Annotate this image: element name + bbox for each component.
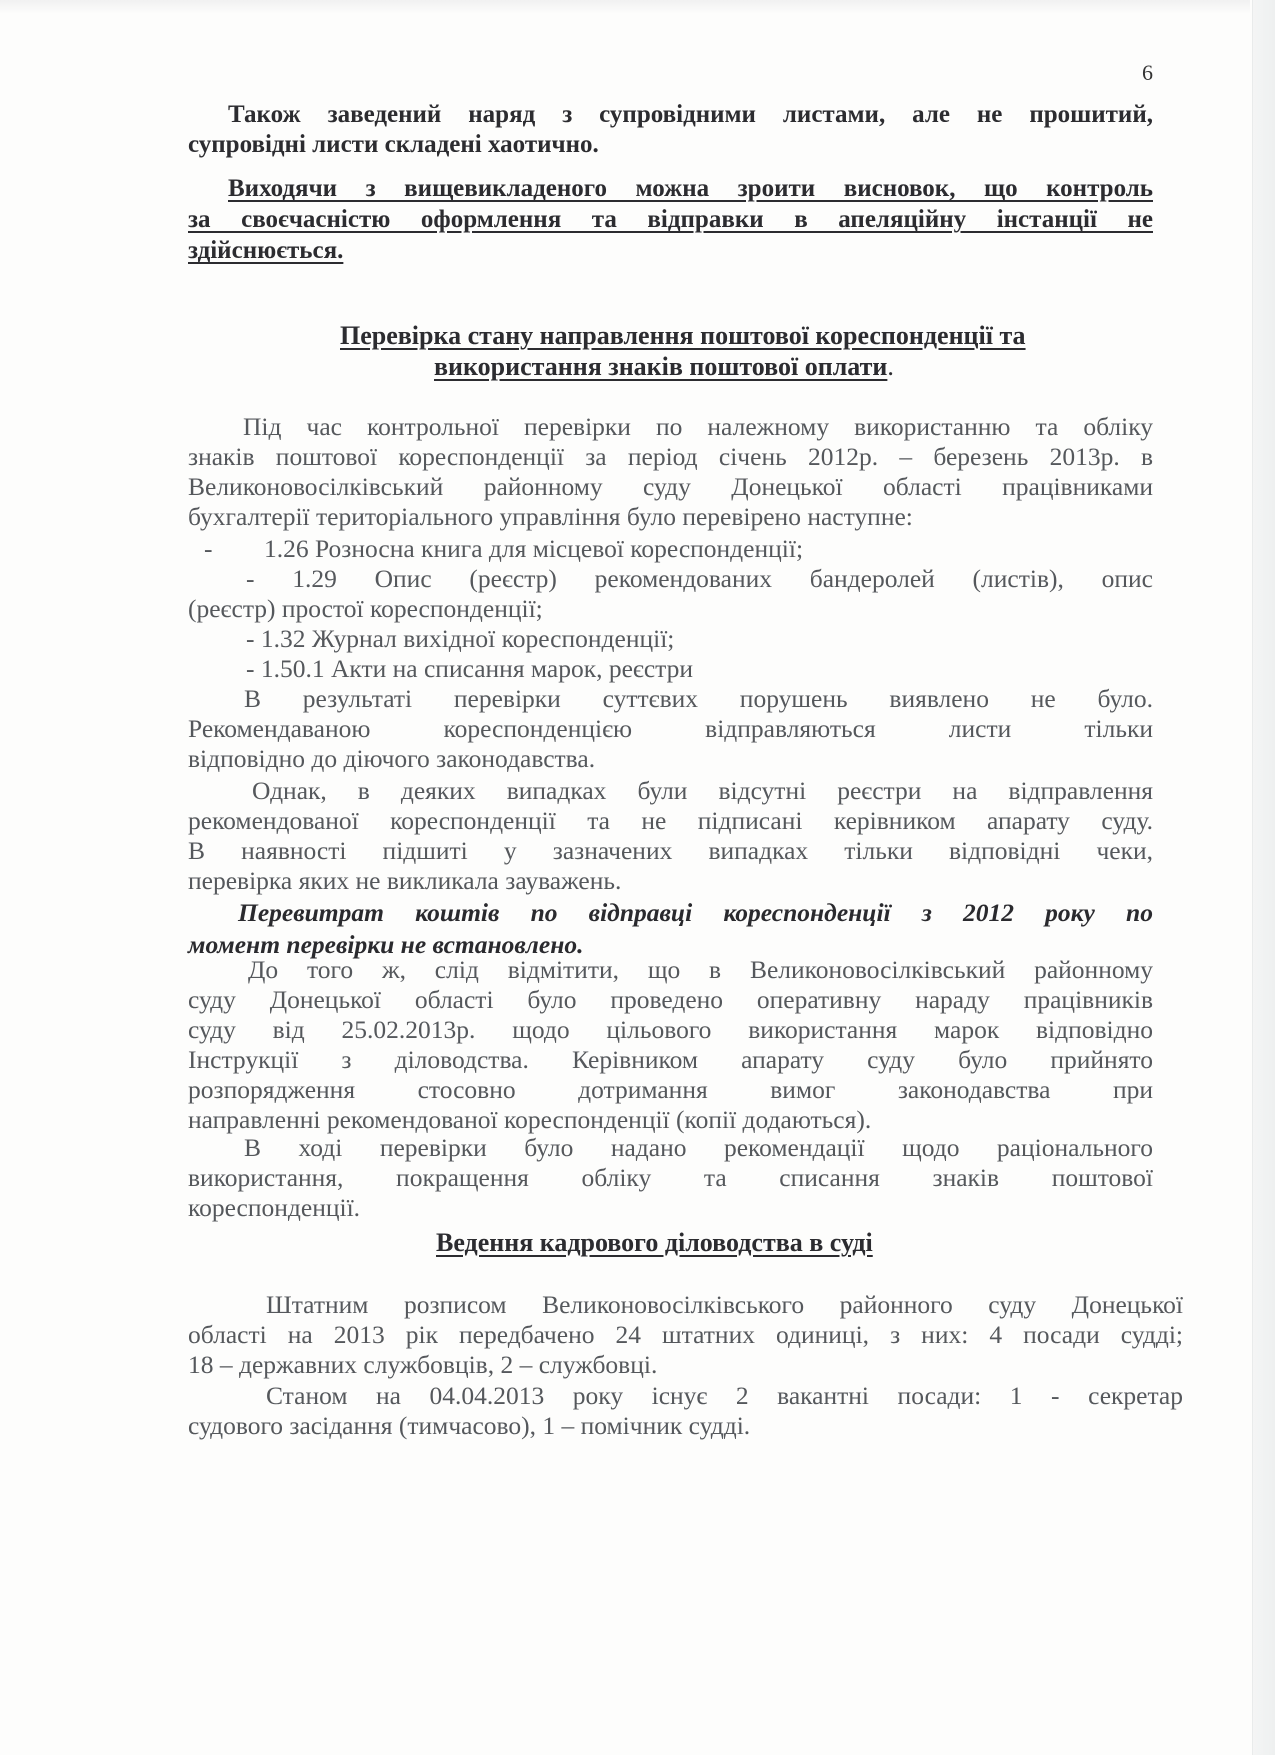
personnel-paragraph-1: Штатним розписом Великоновосілківського … — [188, 1290, 1183, 1380]
intro-p1-line1: Також заведений наряд з супровідними лис… — [188, 100, 1153, 130]
section-heading-postal-line2: використання знаків поштової оплати. — [434, 351, 894, 383]
list-item-text: 1.29 Опис (реєстр) рекомендованих бандер… — [292, 564, 1153, 593]
list-item: - 1.50.1 Акти на списання марок, реєстри — [188, 654, 1153, 684]
intro-p2-line1: Виходячи з вищевикладеного можна зроити … — [188, 173, 1153, 204]
list-item-marker: - — [246, 654, 255, 683]
intro-paragraph-1: Також заведений наряд з супровідними лис… — [188, 100, 1153, 160]
postal-p1-line3: Великоновосілківський районному суду Дон… — [188, 472, 1153, 502]
personnel-p1-line3: 18 – державних службовців, 2 – службовці… — [188, 1350, 1183, 1380]
list-item-marker: - — [188, 534, 264, 564]
postal-p6-line1: В ході перевірки було надано рекомендаці… — [188, 1133, 1153, 1163]
list-item-text: 1.50.1 Акти на списання марок, реєстри — [261, 654, 693, 683]
postal-p3-line3: В наявності підшиті у зазначених випадка… — [188, 836, 1153, 866]
list-item-text: 1.26 Розносна книга для місцевої кореспо… — [264, 534, 803, 563]
list-item-marker: - — [246, 624, 255, 653]
list-item-continuation: (реєстр) простої кореспонденції; — [188, 594, 1153, 624]
list-item-text: 1.32 Журнал вихідної кореспонденції; — [261, 624, 675, 653]
postal-paragraph-1: Під час контрольної перевірки по належно… — [188, 412, 1153, 532]
postal-overspend-conclusion: Перевитрат коштів по відправці кореспонд… — [188, 897, 1153, 961]
personnel-p2-line2: судового засідання (тимчасово), 1 – помі… — [188, 1411, 1183, 1441]
postal-p4-line1: Перевитрат коштів по відправці кореспонд… — [188, 897, 1153, 929]
postal-p5-line5: розпорядження стосовно дотримання вимог … — [188, 1075, 1153, 1105]
list-item: - 1.32 Журнал вихідної кореспонденції; — [188, 624, 1153, 654]
postal-p1-line4: бухгалтерії територіального управління б… — [188, 502, 1153, 532]
section-heading-postal-line2-text: використання знаків поштової оплати — [434, 352, 887, 381]
page-number: 6 — [1142, 60, 1153, 86]
intro-conclusion-paragraph: Виходячи з вищевикладеного можна зроити … — [188, 173, 1153, 266]
postal-p2-line1: В результаті перевірки суттєвих порушень… — [188, 684, 1153, 714]
postal-p6-line2: використання, покращення обліку та списа… — [188, 1163, 1153, 1193]
personnel-p1-line1: Штатним розписом Великоновосілківського … — [188, 1290, 1183, 1320]
postal-p5-line3: суду від 25.02.2013р. щодо цільового вик… — [188, 1015, 1153, 1045]
list-item-marker: - — [246, 564, 255, 593]
section-heading-personnel: Ведення кадрового діловодства в суді — [436, 1227, 873, 1259]
postal-documents-list: -1.26 Розносна книга для місцевої коресп… — [188, 534, 1153, 684]
postal-p1-line2: знаків поштової кореспонденції за період… — [188, 442, 1153, 472]
postal-p3-line4: перевірка яких не викликала зауважень. — [188, 866, 1153, 896]
scan-right-edge — [1252, 0, 1275, 1755]
section-heading-postal-line2-period: . — [887, 352, 894, 381]
postal-p3-line1: Однак, в деяких випадках були відсутні р… — [188, 776, 1153, 806]
intro-p2-line3: здійснюється. — [188, 235, 1153, 266]
postal-p5-line2: суду Донецької області було проведено оп… — [188, 985, 1153, 1015]
personnel-paragraph-2: Станом на 04.04.2013 року існує 2 вакант… — [188, 1381, 1183, 1441]
postal-p5-line1: До того ж, слід відмітити, що в Великоно… — [188, 955, 1153, 985]
postal-p5-line6: направленні рекомендованої кореспонденці… — [188, 1105, 1153, 1135]
postal-p2-line2: Рекомендаваною кореспонденцією відправля… — [188, 714, 1153, 744]
intro-p2-line2: за своєчасністю оформлення та відправки … — [188, 204, 1153, 235]
postal-p2-line3: відповідно до діючого законодавства. — [188, 744, 1153, 774]
postal-p1-line1: Під час контрольної перевірки по належно… — [188, 412, 1153, 442]
personnel-p2-line1: Станом на 04.04.2013 року існує 2 вакант… — [188, 1381, 1183, 1411]
postal-p6-line3: кореспонденції. — [188, 1193, 1153, 1223]
postal-p3-line2: рекомендованої кореспонденції та не підп… — [188, 806, 1153, 836]
list-item: - 1.29 Опис (реєстр) рекомендованих банд… — [188, 564, 1153, 624]
postal-paragraph-5: До того ж, слід відмітити, що в Великоно… — [188, 955, 1153, 1135]
postal-p5-line4: Інструкції з діловодства. Керівником апа… — [188, 1045, 1153, 1075]
postal-paragraph-6: В ході перевірки було надано рекомендаці… — [188, 1133, 1153, 1223]
section-heading-postal-line1: Перевірка стану направлення поштової кор… — [340, 320, 1026, 352]
intro-p1-line2: супровідні листи складені хаотично. — [188, 130, 1153, 160]
list-item: -1.26 Розносна книга для місцевої коресп… — [188, 534, 1153, 564]
postal-paragraph-2: В результаті перевірки суттєвих порушень… — [188, 684, 1153, 774]
personnel-p1-line2: області на 2013 рік передбачено 24 штатн… — [188, 1320, 1183, 1350]
document-page: 6 Також заведений наряд з супровідними л… — [0, 0, 1253, 1755]
postal-paragraph-3: Однак, в деяких випадках були відсутні р… — [188, 776, 1153, 896]
